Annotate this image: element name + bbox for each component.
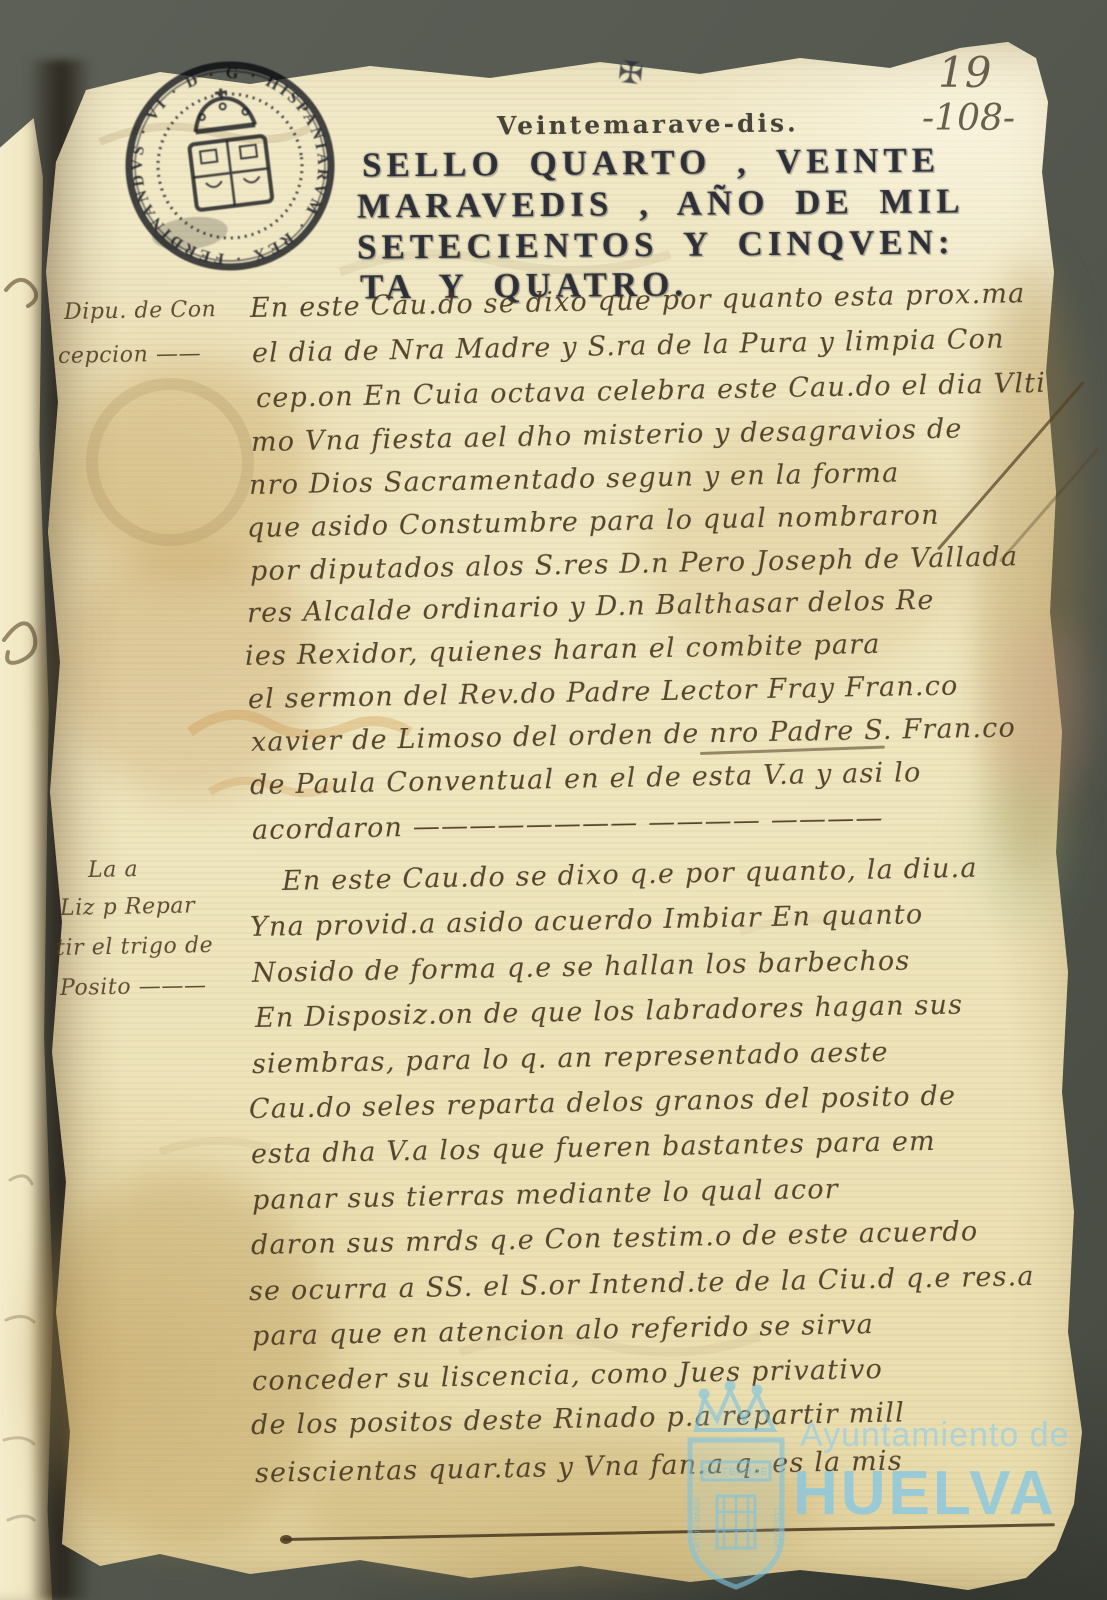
margin-note-2: Liz p Repar	[60, 893, 196, 921]
royal-seal: · FERDINANDVS · VI · D · G · HISPANIARVM…	[107, 43, 352, 288]
margin-note-1: Dipu. de Con	[64, 297, 217, 325]
tax-stamp-line-1: SELLO QUARTO , VEINTE	[362, 140, 940, 185]
tax-stamp-line-2: MARAVEDIS , AÑO DE MIL	[357, 181, 965, 226]
tax-stamp-line-3: SETECIENTOS Y CINQVEN:	[357, 222, 955, 267]
watermark-motto-band: ET TERRAE	[704, 1467, 769, 1478]
margin-note-2: La a	[88, 857, 139, 883]
margin-note-2: tir el trigo de	[56, 933, 214, 961]
cross-ornament-icon: ✠	[616, 55, 645, 92]
svg-text:· FERDINANDVS · VI · D · G · H: · FERDINANDVS · VI · D · G · HISPANIARVM…	[101, 32, 342, 281]
margin-note-1: cepcion ——	[58, 341, 202, 369]
watermark-text-line2: HUELVA	[793, 1458, 1057, 1529]
watermark-motto-right: CUSTODIA	[772, 1507, 781, 1549]
manuscript-scan: · FERDINANDVS · VI · D · G · HISPANIARVM…	[0, 0, 1107, 1600]
seal-legend: · FERDINANDVS · VI · D · G · HISPANIARVM…	[101, 32, 342, 281]
tax-stamp-gothic-line: Veintemarave-dis.	[497, 108, 799, 140]
watermark-text-line1: Ayuntamiento de	[800, 1416, 1070, 1455]
watermark-shield-icon: ET TERRAE PORTUS MARIS CUSTODIA	[662, 1378, 812, 1593]
margin-note-2: Posito ———	[60, 973, 207, 1001]
watermark-motto-left: PORTUS MARIS	[693, 1498, 702, 1559]
archive-page-number: -108-	[922, 98, 1015, 139]
folio-number: 19	[938, 48, 991, 97]
